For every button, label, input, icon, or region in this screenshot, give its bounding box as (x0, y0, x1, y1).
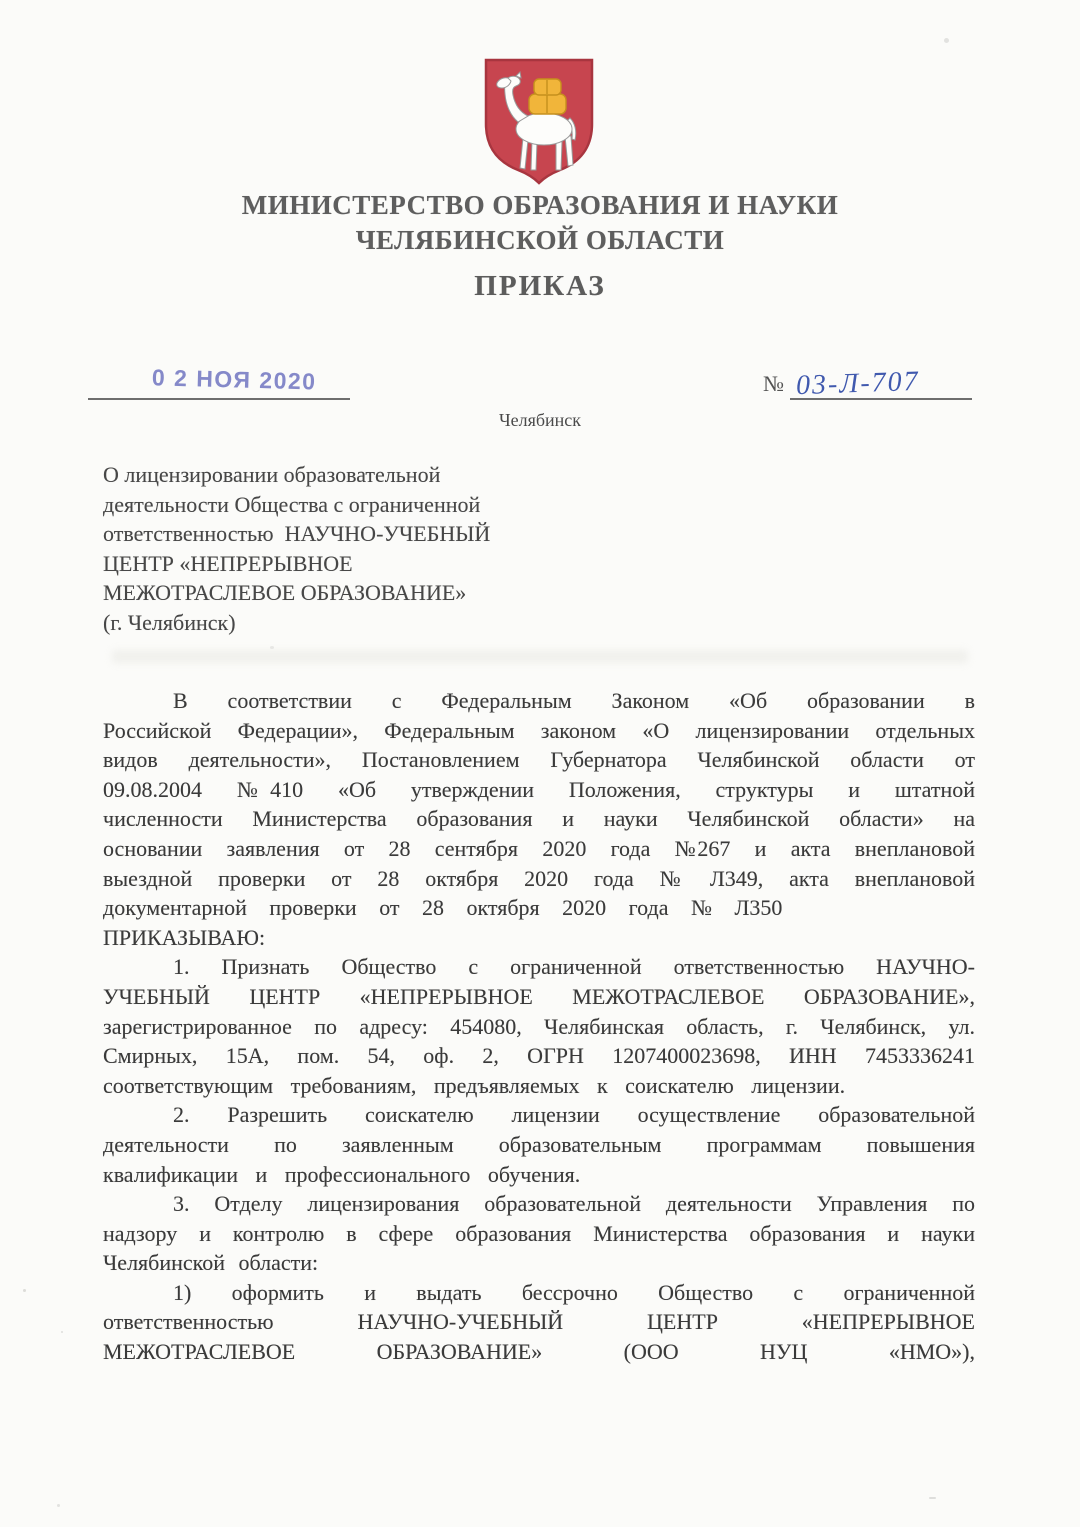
subject-line: О лицензировании образовательной (103, 460, 603, 490)
scan-speck (23, 1289, 26, 1292)
scan-speck (57, 1504, 60, 1507)
date-field: 0 2 НОЯ 2020 (88, 358, 350, 400)
number-sign-label: № (763, 371, 784, 396)
scan-speck (944, 38, 949, 43)
order-body: В соответствии с Федеральным Законом «Об… (103, 686, 975, 1367)
ministry-name-line1: МИНИСТЕРСТВО ОБРАЗОВАНИЯ И НАУКИ (0, 188, 1080, 223)
subject-line: ЦЕНТР «НЕПРЕРЫВНОЕ (103, 549, 603, 579)
camel-shield-icon (478, 52, 600, 186)
order-keyword: ПРИКАЗЫВАЮ: (103, 923, 975, 953)
ministry-name-line2: ЧЕЛЯБИНСКОЙ ОБЛАСТИ (0, 223, 1080, 258)
date-stamp: 0 2 НОЯ 2020 (121, 355, 317, 395)
document-type-title: ПРИКАЗ (0, 270, 1080, 303)
order-item-2: 2. Разрешить соискателю лицензии осущест… (103, 1100, 975, 1189)
scan-speck (61, 1331, 63, 1333)
subject-line: ответственностью НАУЧНО-УЧЕБНЫЙ (103, 519, 603, 549)
order-item-1: 1. Признать Общество с ограниченной отве… (103, 952, 975, 1100)
scan-speck (929, 1497, 936, 1499)
handwritten-document-number: 03-Л-707 (795, 366, 920, 402)
document-number-field: №03-Л-707 (763, 358, 972, 400)
subject-line: МЕЖОТРАСЛЕВОЕ ОБРАЗОВАНИЕ» (103, 578, 603, 608)
coat-of-arms-chelyabinsk-icon (478, 52, 600, 186)
scanned-order-document-page: МИНИСТЕРСТВО ОБРАЗОВАНИЯ И НАУКИ ЧЕЛЯБИН… (0, 0, 1080, 1527)
subject-line: (г. Челябинск) (103, 608, 603, 638)
intro-paragraph: В соответствии с Федеральным Законом «Об… (103, 686, 975, 923)
scan-smudge (112, 650, 968, 663)
subject-line: деятельности Общества с ограниченной (103, 490, 603, 520)
subject-block: О лицензировании образовательной деятель… (103, 460, 603, 638)
order-item-3: 3. Отделу лицензирования образовательной… (103, 1189, 975, 1278)
ministry-header: МИНИСТЕРСТВО ОБРАЗОВАНИЯ И НАУКИ ЧЕЛЯБИН… (0, 188, 1080, 258)
place-of-issue: Челябинск (0, 410, 1080, 431)
order-item-3-sub-1: 1) оформить и выдать бессрочно Общество … (103, 1278, 975, 1367)
scan-speck (270, 646, 274, 649)
number-underline: 03-Л-707 (790, 358, 972, 400)
